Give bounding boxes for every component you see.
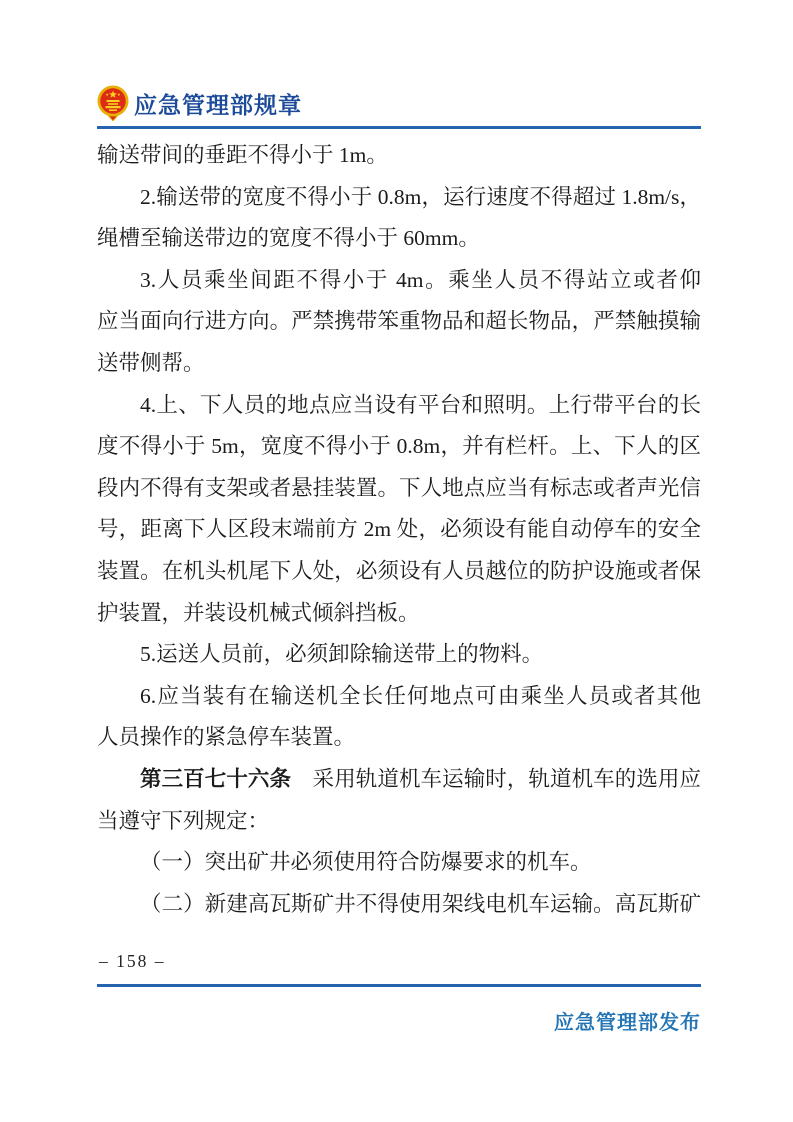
text-line: 应当面向行进方向。严禁携带笨重物品和超长物品，严禁触摸输: [97, 301, 701, 343]
text-line: 输送带间的垂距不得小于 1m。: [97, 135, 701, 177]
text-line: 号，距离下人区段末端前方 2m 处，必须设有能自动停车的安全: [97, 509, 701, 551]
document-page: 应急管理部规章 输送带间的垂距不得小于 1m。2.输送带的宽度不得小于 0.8m…: [0, 0, 793, 1122]
text-line: 人员操作的紧急停车装置。: [97, 717, 701, 759]
text-line: 装置。在机头机尾下人处，必须设有人员越位的防护设施或者保: [97, 551, 701, 593]
text-line: 3.人员乘坐间距不得小于 4m。乘坐人员不得站立或者仰卧，: [97, 260, 701, 302]
text-line: （一）突出矿井必须使用符合防爆要求的机车。: [97, 842, 701, 884]
text-line: 绳槽至输送带边的宽度不得小于 60mm。: [97, 218, 701, 260]
page-header: 应急管理部规章: [97, 84, 701, 122]
text-line: 当遵守下列规定：: [97, 801, 701, 843]
text-line: 度不得小于 5m，宽度不得小于 0.8m，并有栏杆。上、下人的区: [97, 426, 701, 468]
text-line: 4.上、下人员的地点应当设有平台和照明。上行带平台的长: [97, 385, 701, 427]
text-line: 护装置，并装设机械式倾斜挡板。: [97, 593, 701, 635]
page-number: – 158 –: [99, 951, 166, 972]
text-line: 第三百七十六条 采用轨道机车运输时，轨道机车的选用应: [97, 759, 701, 801]
text-line: 5.运送人员前，必须卸除输送带上的物料。: [97, 634, 701, 676]
national-emblem-icon: [97, 85, 129, 121]
header-divider: [97, 126, 701, 129]
text-line: 2.输送带的宽度不得小于 0.8m，运行速度不得超过 1.8m/s，: [97, 177, 701, 219]
footer-divider: [97, 984, 701, 987]
text-line: 6.应当装有在输送机全长任何地点可由乘坐人员或者其他: [97, 676, 701, 718]
text-line: 送带侧帮。: [97, 343, 701, 385]
publisher-label: 应急管理部发布: [97, 1006, 701, 1035]
body-text: 输送带间的垂距不得小于 1m。2.输送带的宽度不得小于 0.8m，运行速度不得超…: [97, 135, 701, 925]
text-line: （二）新建高瓦斯矿井不得使用架线电机车运输。高瓦斯矿: [97, 884, 701, 926]
page-title: 应急管理部规章: [134, 87, 302, 120]
text-line: 段内不得有支架或者悬挂装置。下人地点应当有标志或者声光信: [97, 468, 701, 510]
